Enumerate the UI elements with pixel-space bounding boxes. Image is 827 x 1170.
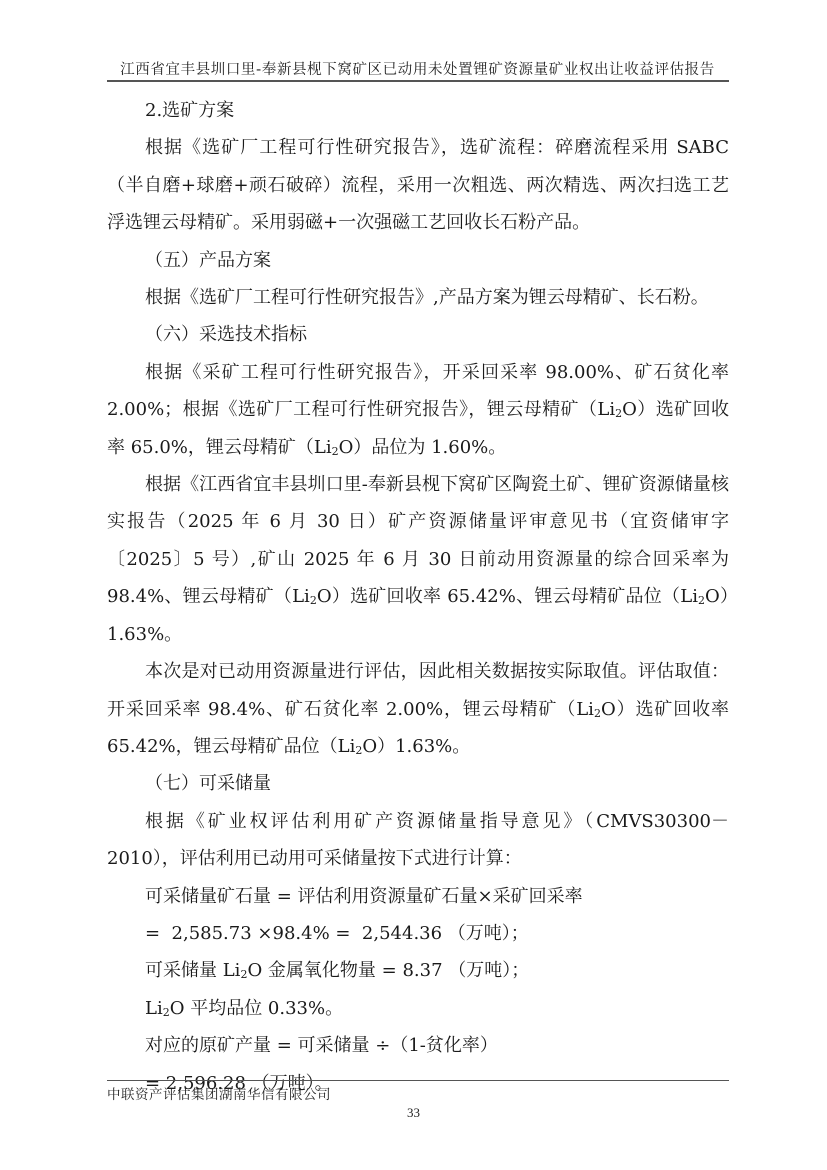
formula-li2o-metal-oxide: 可采储量 Li2O 金属氧化物量 = 8.37 （万吨）； — [107, 952, 729, 989]
subscript: 2 — [594, 707, 601, 720]
paragraph-product-plan: 根据《选矿厂工程可行性研究报告》,产品方案为锂云母精矿、长石粉。 — [107, 279, 729, 316]
subscript: 2 — [163, 1006, 170, 1019]
formula-ore-reserve-result: = 2,585.73 ×98.4% = 2,544.36 （万吨）； — [107, 915, 729, 952]
subscript: 2 — [310, 594, 317, 607]
text-run: O）1.63%。 — [362, 736, 470, 757]
paragraph-verification-report: 根据《江西省宜丰县圳口里-奉新县枧下窝矿区陶瓷土矿、锂矿资源储量核实报告（202… — [107, 466, 729, 653]
text-run: O 金属氧化物量 = 8.37 （万吨）； — [247, 960, 529, 981]
page-number: 33 — [0, 1105, 827, 1121]
running-header: 江西省宜丰县圳口里-奉新县枧下窝矿区已动用未处置锂矿资源量矿业权出让收益评估报告 — [107, 58, 728, 79]
page-body: 2.选矿方案 根据《选矿厂工程可行性研究报告》，选矿流程：碎磨流程采用 SABC… — [107, 92, 729, 1102]
formula-raw-ore-output: 对应的原矿产量 = 可采储量 ÷（1-贫化率） — [107, 1027, 729, 1064]
section-heading-recoverable-reserves: （七）可采储量 — [107, 765, 729, 802]
text-run: 可采储量 Li — [145, 960, 240, 981]
subscript: 2 — [332, 445, 339, 458]
text-run: O 平均品位 0.33%。 — [170, 998, 343, 1019]
formula-ore-reserve: 可采储量矿石量 = 评估利用资源量矿石量×采矿回采率 — [107, 878, 729, 915]
header-divider — [107, 80, 729, 82]
text-run: O）选矿回收率 65.42%、锂云母精矿品位（Li — [317, 586, 698, 607]
paragraph-reserves-method: 根据《矿业权评估利用矿产资源储量指导意见》（CMVS30300－2010），评估… — [107, 803, 729, 878]
text-run: Li — [145, 998, 163, 1019]
paragraph-beneficiation-process: 根据《选矿厂工程可行性研究报告》，选矿流程：碎磨流程采用 SABC（半自磨+球磨… — [107, 129, 729, 241]
section-heading-technical-indicators: （六）采选技术指标 — [107, 316, 729, 353]
subscript: 2 — [698, 594, 705, 607]
footer-divider — [107, 1080, 729, 1081]
text-run: O）品位为 1.60%。 — [339, 437, 507, 458]
section-heading-beneficiation-plan: 2.选矿方案 — [107, 92, 729, 129]
section-heading-product-plan: （五）产品方案 — [107, 242, 729, 279]
formula-li2o-average-grade: Li2O 平均品位 0.33%。 — [107, 990, 729, 1027]
paragraph-adopted-values: 本次是对已动用资源量进行评估，因此相关数据按实际取值。评估取值：开采回采率 98… — [107, 653, 729, 765]
footer-company-name: 中联资产评估集团湖南华信有限公司 — [107, 1083, 331, 1103]
paragraph-feasibility-indicators: 根据《采矿工程可行性研究报告》，开采回采率 98.00%、矿石贫化率 2.00%… — [107, 354, 729, 466]
